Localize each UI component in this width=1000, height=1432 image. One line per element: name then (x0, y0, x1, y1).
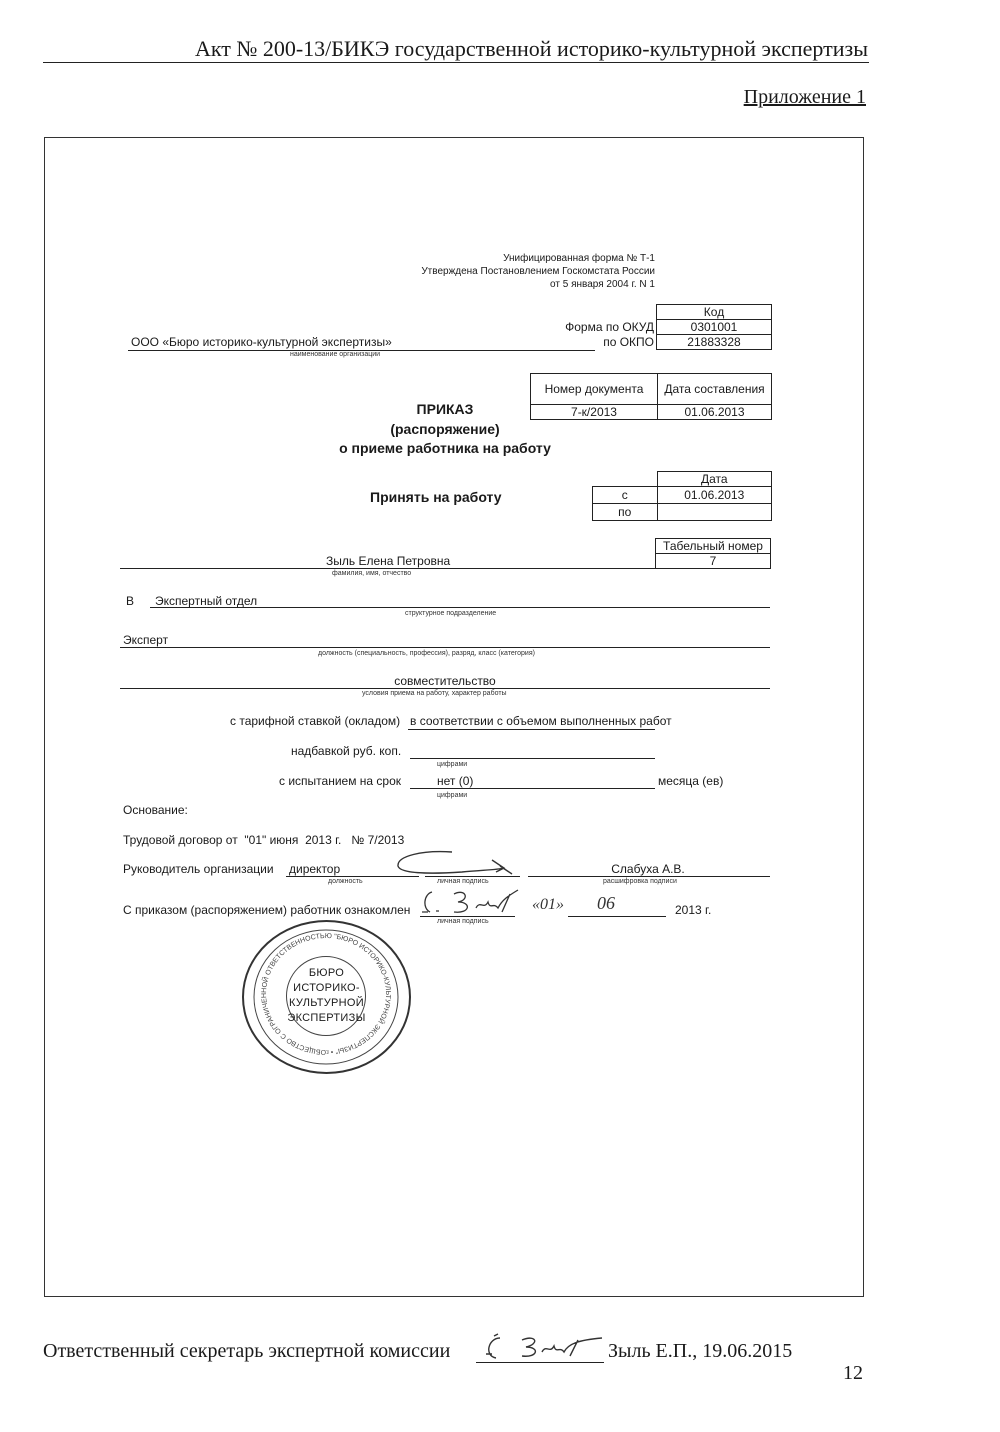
header-divider (43, 62, 869, 63)
position-caption: должность (специальность, профессия), ра… (318, 650, 535, 657)
stamp-line-2: ИСТОРИКО- (244, 981, 409, 996)
hire-label: Принять на работу (370, 489, 502, 505)
document-title: ПРИКАЗ (300, 401, 590, 417)
director-signature-icon (392, 848, 522, 884)
basis-value: Трудовой договор от "01" июня 2013 г. № … (123, 833, 404, 847)
doc-number-header: Номер документа (531, 374, 658, 405)
bonus-line (410, 758, 655, 759)
act-title: Акт № 200-13/БИКЭ государственной истори… (0, 36, 868, 62)
tab-number-value: 7 (656, 554, 771, 569)
okpo-value: 21883328 (657, 335, 772, 350)
ack-month-line (568, 916, 666, 917)
date-header: Дата (657, 472, 772, 487)
employee-caption: фамилия, имя, отчество (332, 570, 411, 577)
ack-day: «01» (532, 896, 564, 914)
tab-number-header: Табельный номер (656, 539, 771, 554)
codes-table: Код 0301001 21883328 (656, 304, 772, 350)
probation-value: нет (0) (437, 774, 473, 788)
stamp-center-text: БЮРО ИСТОРИКО- КУЛЬТУРНОЙ ЭКСПЕРТИЗЫ (244, 966, 409, 1026)
bonus-digits-caption: цифрами (437, 761, 467, 768)
ack-year: 2013 г. (675, 903, 711, 917)
okud-value: 0301001 (657, 320, 772, 335)
from-label: с (593, 487, 658, 504)
tariff-line (408, 729, 655, 730)
secretary-label: Ответственный секретарь экспертной комис… (43, 1340, 450, 1363)
probation-label: с испытанием на срок (279, 774, 401, 788)
department-caption: структурное подразделение (405, 610, 496, 617)
stamp-line-3: КУЛЬТУРНОЙ (244, 996, 409, 1011)
head-name-line (528, 876, 770, 877)
conditions-line (120, 688, 770, 689)
to-date (657, 504, 772, 521)
tariff-value: в соответствии с объемом выполненных раб… (410, 714, 672, 728)
conditions-value: совместительство (120, 674, 770, 688)
organization-name: ООО «Бюро историко-культурной экспертизы… (131, 335, 392, 349)
approved-by-label: Утверждена Постановлением Госкомстата Ро… (421, 265, 655, 278)
form-note: Унифицированная форма № Т-1 Утверждена П… (421, 252, 655, 291)
employee-name: Зыль Елена Петровна (326, 554, 450, 568)
probation-digits-caption: цифрами (437, 792, 467, 799)
head-position-caption: должность (328, 878, 363, 885)
doc-date-value: 01.06.2013 (658, 405, 772, 420)
secretary-name-date: Зыль Е.П., 19.06.2015 (608, 1340, 792, 1363)
position-value: Эксперт (123, 633, 168, 647)
organization-caption: наименование организации (290, 351, 380, 358)
to-label: по (593, 504, 658, 521)
department-value: Экспертный отдел (155, 594, 257, 608)
secretary-signature-icon (478, 1332, 608, 1364)
tariff-label: с тарифной ставкой (окладом) (230, 714, 400, 728)
stamp-line-4: ЭКСПЕРТИЗЫ (244, 1011, 409, 1026)
from-date: 01.06.2013 (657, 487, 772, 504)
tab-number-table: Табельный номер 7 (655, 538, 771, 569)
basis-label: Основание: (123, 803, 188, 817)
ack-month: 06 (597, 893, 615, 914)
doc-date-header: Дата составления (658, 374, 772, 405)
position-line (120, 647, 770, 648)
acknowledged-label: С приказом (распоряжением) работник озна… (123, 903, 410, 917)
unified-form-label: Унифицированная форма № Т-1 (421, 252, 655, 265)
conditions-caption: условия приема на работу, характер работ… (362, 690, 507, 697)
probation-line (410, 788, 655, 789)
code-header: Код (657, 305, 772, 320)
approved-date-label: от 5 января 2004 г. N 1 (421, 278, 655, 291)
head-name-caption: расшифровка подписи (603, 878, 677, 885)
hire-dates-table: Дата с 01.06.2013 по (592, 471, 772, 521)
appendix-label: Приложение 1 (744, 86, 866, 109)
okpo-label: по ОКПО (520, 335, 654, 349)
probation-unit: месяца (ев) (658, 774, 723, 788)
employee-signature-icon (418, 886, 528, 920)
department-line (150, 607, 770, 608)
head-position: директор (289, 862, 340, 876)
document-subject: о приеме работника на работу (300, 440, 590, 456)
in-label: В (126, 594, 134, 608)
document-subtitle: (распоряжение) (300, 421, 590, 437)
bonus-label: надбавкой руб. коп. (291, 744, 401, 758)
stamp-line-1: БЮРО (244, 966, 409, 981)
page-number: 12 (843, 1362, 863, 1385)
okud-label: Форма по ОКУД (520, 320, 654, 334)
head-name: Слабуха А.В. (528, 862, 768, 876)
organization-stamp: ОБЩЕСТВО С ОГРАНИЧЕННОЙ ОТВЕТСТВЕННОСТЬЮ… (242, 920, 411, 1074)
head-label: Руководитель организации (123, 862, 274, 876)
